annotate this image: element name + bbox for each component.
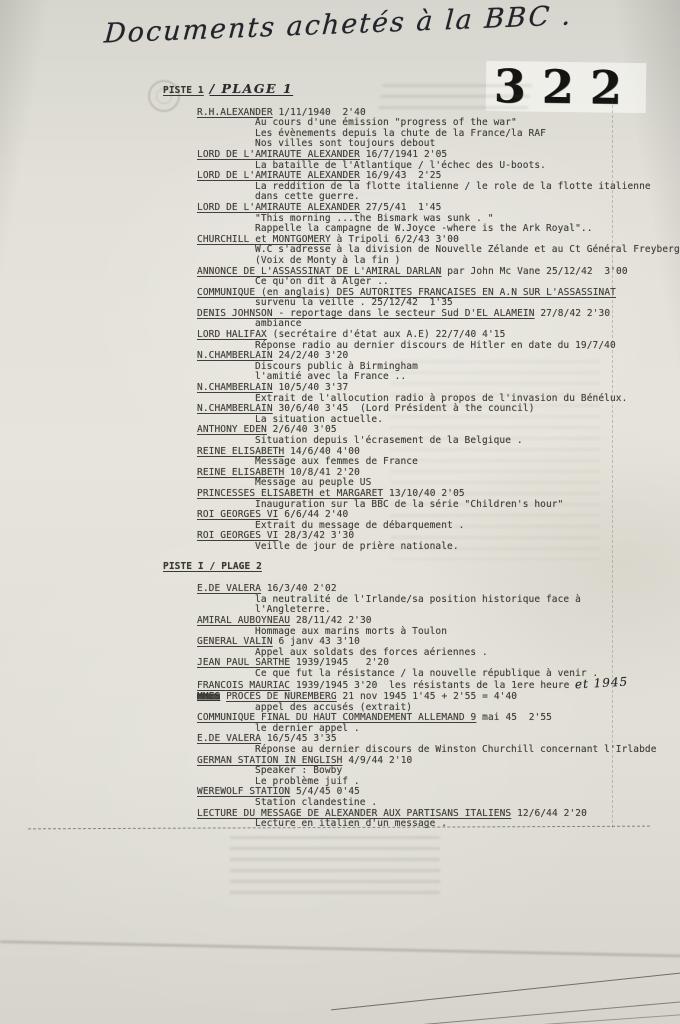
- entry-title: N.CHAMBERLAIN: [197, 403, 273, 414]
- entry-title: LORD DE L'AMIRAUTE ALEXANDER: [197, 170, 360, 181]
- entry-title: R.H.ALEXANDER: [197, 107, 273, 118]
- section-heading: PISTE I / PLAGE 2: [163, 562, 680, 573]
- entry-title: FRANCOIS MAURIAC: [197, 680, 290, 691]
- entry-meta: 30/6/40 3'45 (Lord Président à the counc…: [273, 403, 535, 414]
- entry-title: LORD HALIFAX: [197, 329, 267, 340]
- entry-title-line: PRINCESSES ELISABETH et MARGARET 13/10/4…: [197, 489, 680, 500]
- entry-title: ROI GEORGES VI: [197, 509, 278, 520]
- ink-bleed-through: [230, 836, 440, 894]
- entry-title: LORD DE L'AMIRAUTE ALEXANDER: [197, 149, 360, 160]
- entry-title: REINE ELISABETH: [197, 446, 284, 457]
- entry-meta: 27/8/42 2'30: [535, 308, 611, 319]
- entry-detail-line: Veille de jour de prière nationale.: [255, 542, 680, 553]
- entry-title: N.CHAMBERLAIN: [197, 350, 273, 361]
- handwritten-title: Documents achetés à la BBC .: [103, 2, 545, 50]
- entry-meta: 16/9/43 2'25: [360, 170, 441, 181]
- handwritten-note: et 1945: [575, 677, 629, 690]
- entry-meta: 16/5/45 3'35: [261, 733, 337, 744]
- entry-meta: 13/10/40 2'05: [383, 488, 464, 499]
- entry-title: COMMUNIQUE (en anglais) DES AUTORITES FR…: [197, 287, 616, 298]
- entry-title: LORD DE L'AMIRAUTE ALEXANDER: [197, 202, 360, 213]
- entry-meta: 6 janv 43 3'10: [273, 636, 360, 647]
- entry-title-line: LORD DE L'AMIRAUTE ALEXANDER 16/7/1941 2…: [197, 150, 680, 161]
- section-heading-typed: PISTE 1: [163, 85, 204, 96]
- entry-title: GERMAN STATION IN ENGLISH: [197, 755, 343, 766]
- section-heading-handwritten: / PLAGE 1: [210, 81, 294, 96]
- entry-meta: 27/5/41 1'45: [360, 202, 441, 213]
- entry-title: ROI GEORGES VI: [197, 530, 278, 541]
- photo-edge-line: [420, 1000, 680, 1024]
- entry-title: GENERAL VALIN: [197, 636, 273, 647]
- entry-title: E.DE VALERA: [197, 733, 261, 744]
- entry-meta: 28/11/42 2'30: [290, 615, 371, 626]
- entry-meta: 16/3/40 2'02: [261, 583, 337, 594]
- entry-title: AMIRAL AUBOYNEAU: [197, 615, 290, 626]
- entry-title: E.DE VALERA: [197, 583, 261, 594]
- entry-title: PROCES DE NUREMBERG: [226, 691, 337, 702]
- entry-meta: 5/4/45 0'45: [290, 786, 360, 797]
- entry-meta: par John Mc Vane 25/12/42 3'00: [441, 266, 627, 277]
- entry-title: N.CHAMBERLAIN: [197, 382, 273, 393]
- entry-title-line: LORD DE L'AMIRAUTE ALEXANDER 27/5/41 1'4…: [197, 203, 680, 214]
- document-body: PISTE 1 / PLAGE 1R.H.ALEXANDER 1/11/1940…: [0, 84, 680, 830]
- entry-meta: 1/11/1940 2'40: [273, 107, 366, 118]
- entry-meta: 16/7/1941 2'05: [360, 149, 447, 160]
- entry-title-line: AMIRAL AUBOYNEAU 28/11/42 2'30: [197, 616, 680, 627]
- entry-title: ANTHONY EDEN: [197, 424, 267, 435]
- entry-title: ANNONCE DE L'ASSASSINAT DE L'AMIRAL DARL…: [197, 266, 441, 277]
- entry-title: LECTURE DU MESSAGE DE ALEXANDER AUX PART…: [197, 808, 511, 819]
- entry-meta: 12/6/44 2'20: [511, 808, 587, 819]
- entry-meta: mai 45 2'55: [476, 712, 552, 723]
- entry-meta: 10/8/41 2'20: [284, 467, 360, 478]
- entry-meta: 4/9/44 2'10: [343, 755, 413, 766]
- entry-meta: 1939/1945 3'20 les résistants de la 1ere…: [290, 680, 569, 691]
- section-heading-typed: PISTE I / PLAGE 2: [163, 561, 262, 572]
- entry-meta: 10/5/40 3'37: [273, 382, 349, 393]
- entry-meta: 1939/1945 2'20: [290, 657, 389, 668]
- entry-meta: 21 nov 1945 1'45 + 2'55 = 4'40: [337, 691, 517, 702]
- entry-title: COMMUNIQUE FINAL DU HAUT COMMANDEMENT AL…: [197, 712, 476, 723]
- entry-title: JEAN PAUL SARTHE: [197, 657, 290, 668]
- entry-meta: (secrétaire d'état aux A.E) 22/7/40 4'15: [267, 329, 506, 340]
- right-margin-rule: [612, 100, 613, 828]
- entry-meta: 2/6/40 3'05: [267, 424, 337, 435]
- entry-title: PRINCESSES ELISABETH et MARGARET: [197, 488, 383, 499]
- entry-meta: 14/6/40 4'00: [284, 446, 360, 457]
- entry-title: DENIS JOHNSON - reportage dans le secteu…: [197, 308, 535, 319]
- entry-title: WEREWOLF STATION: [197, 786, 290, 797]
- entry-meta: 24/2/40 3'20: [273, 350, 349, 361]
- entry-meta: 28/3/42 3'30: [278, 530, 354, 541]
- photo-edge-line: [331, 971, 680, 1011]
- entry-detail-line: Lecture en italien d'un message .: [255, 819, 680, 830]
- section-heading: PISTE 1 / PLAGE 1: [163, 84, 680, 97]
- scanned-document-page: Documents achetés à la BBC . 322 PISTE 1…: [0, 0, 680, 1024]
- entry-title: REINE ELISABETH: [197, 467, 284, 478]
- overstruck-text: MMES: [197, 691, 220, 702]
- entry-meta: 6/6/44 2'40: [278, 509, 348, 520]
- paper-crease: [0, 941, 680, 958]
